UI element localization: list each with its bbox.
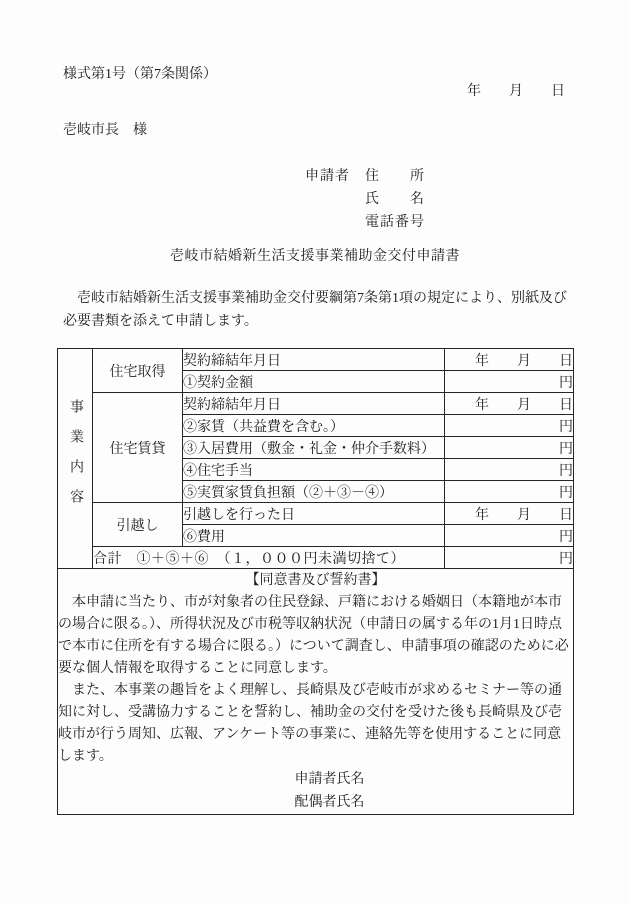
row-label: ④住宅手当 [183,459,445,481]
consent-section: 【同意書及び誓約書】 本申請に当たり、市が対象者の住民登録、戸籍における婚姻日（… [58,569,574,815]
table-row: 住宅賃貸 契約締結年月日 年 月 日 [58,393,574,415]
row-label: ①契約金額 [183,371,445,393]
row-label: ②家賃（共益費を含む。） [183,415,445,437]
date-field: 年 月 日 [445,349,574,371]
applicant-phone-label: 電話番号 [365,211,425,234]
date-field: 年 月 日 [445,503,574,525]
row-label: ⑥費用 [183,525,445,547]
addressee: 壱岐市長 様 [63,119,147,139]
applicant-name-row: 氏 名 [305,188,425,211]
row-label: 契約締結年月日 [183,349,445,371]
date-line: 年 月 日 [467,80,565,100]
yen-field: 円 [445,547,574,569]
application-table: 事業内容 住宅取得 契約締結年月日 年 月 日 ①契約金額 円 住宅賃貸 契約締… [57,348,574,815]
application-form-page: 様式第1号（第7条関係） 年 月 日 壱岐市長 様 申請者 住 所 氏 名 電話… [0,0,630,903]
applicant-block: 申請者 住 所 氏 名 電話番号 [305,165,425,234]
total-row: 合計 ①＋⑤＋⑥ （１，０００円未満切捨て） 円 [58,547,574,569]
row-label: 契約締結年月日 [183,393,445,415]
table-row: 引越し 引越しを行った日 年 月 日 [58,503,574,525]
yen-field: 円 [445,437,574,459]
section-header-business-details: 事業内容 [58,349,93,569]
row-label: 引越しを行った日 [183,503,445,525]
table-row: 事業内容 住宅取得 契約締結年月日 年 月 日 [58,349,574,371]
consent-paragraph-1: 本申請に当たり、市が対象者の住民登録、戸籍における婚姻日（本籍地が本市の場合に限… [58,592,573,680]
group-housing-rental: 住宅賃貸 [93,393,183,503]
date-field: 年 月 日 [445,393,574,415]
group-moving: 引越し [93,503,183,547]
document-title: 壱岐市結婚新生活支援事業補助金交付申請書 [0,245,630,265]
yen-field: 円 [445,459,574,481]
intro-paragraph: 壱岐市結婚新生活支援事業補助金交付要綱第7条第1項の規定により、別紙及び必要書類… [63,287,567,333]
applicant-address-row: 申請者 住 所 [305,165,425,188]
signature-applicant-name: 申請者氏名 [72,768,587,791]
applicant-name-label: 氏 名 [365,188,425,211]
form-number: 様式第1号（第7条関係） [63,63,217,83]
consent-heading: 【同意書及び誓約書】 [58,569,573,592]
yen-field: 円 [445,415,574,437]
yen-field: 円 [445,525,574,547]
applicant-address-label: 住 所 [365,165,425,188]
yen-field: 円 [445,481,574,503]
total-label: 合計 ①＋⑤＋⑥ （１，０００円未満切捨て） [93,547,445,569]
applicant-phone-row: 電話番号 [305,211,425,234]
consent-row: 【同意書及び誓約書】 本申請に当たり、市が対象者の住民登録、戸籍における婚姻日（… [58,569,574,815]
consent-paragraph-2: また、本事業の趣旨をよく理解し、長崎県及び壱岐市が求めるセミナー等の通知に対し、… [58,680,573,768]
row-label: ③入居費用（敷金・礼金・仲介手数料） [183,437,445,459]
yen-field: 円 [445,371,574,393]
row-label: ⑤実質家賃負担額（②＋③－④） [183,481,445,503]
group-housing-purchase: 住宅取得 [93,349,183,393]
applicant-label: 申請者 [305,165,350,188]
signature-spouse-name: 配偶者氏名 [72,791,587,814]
